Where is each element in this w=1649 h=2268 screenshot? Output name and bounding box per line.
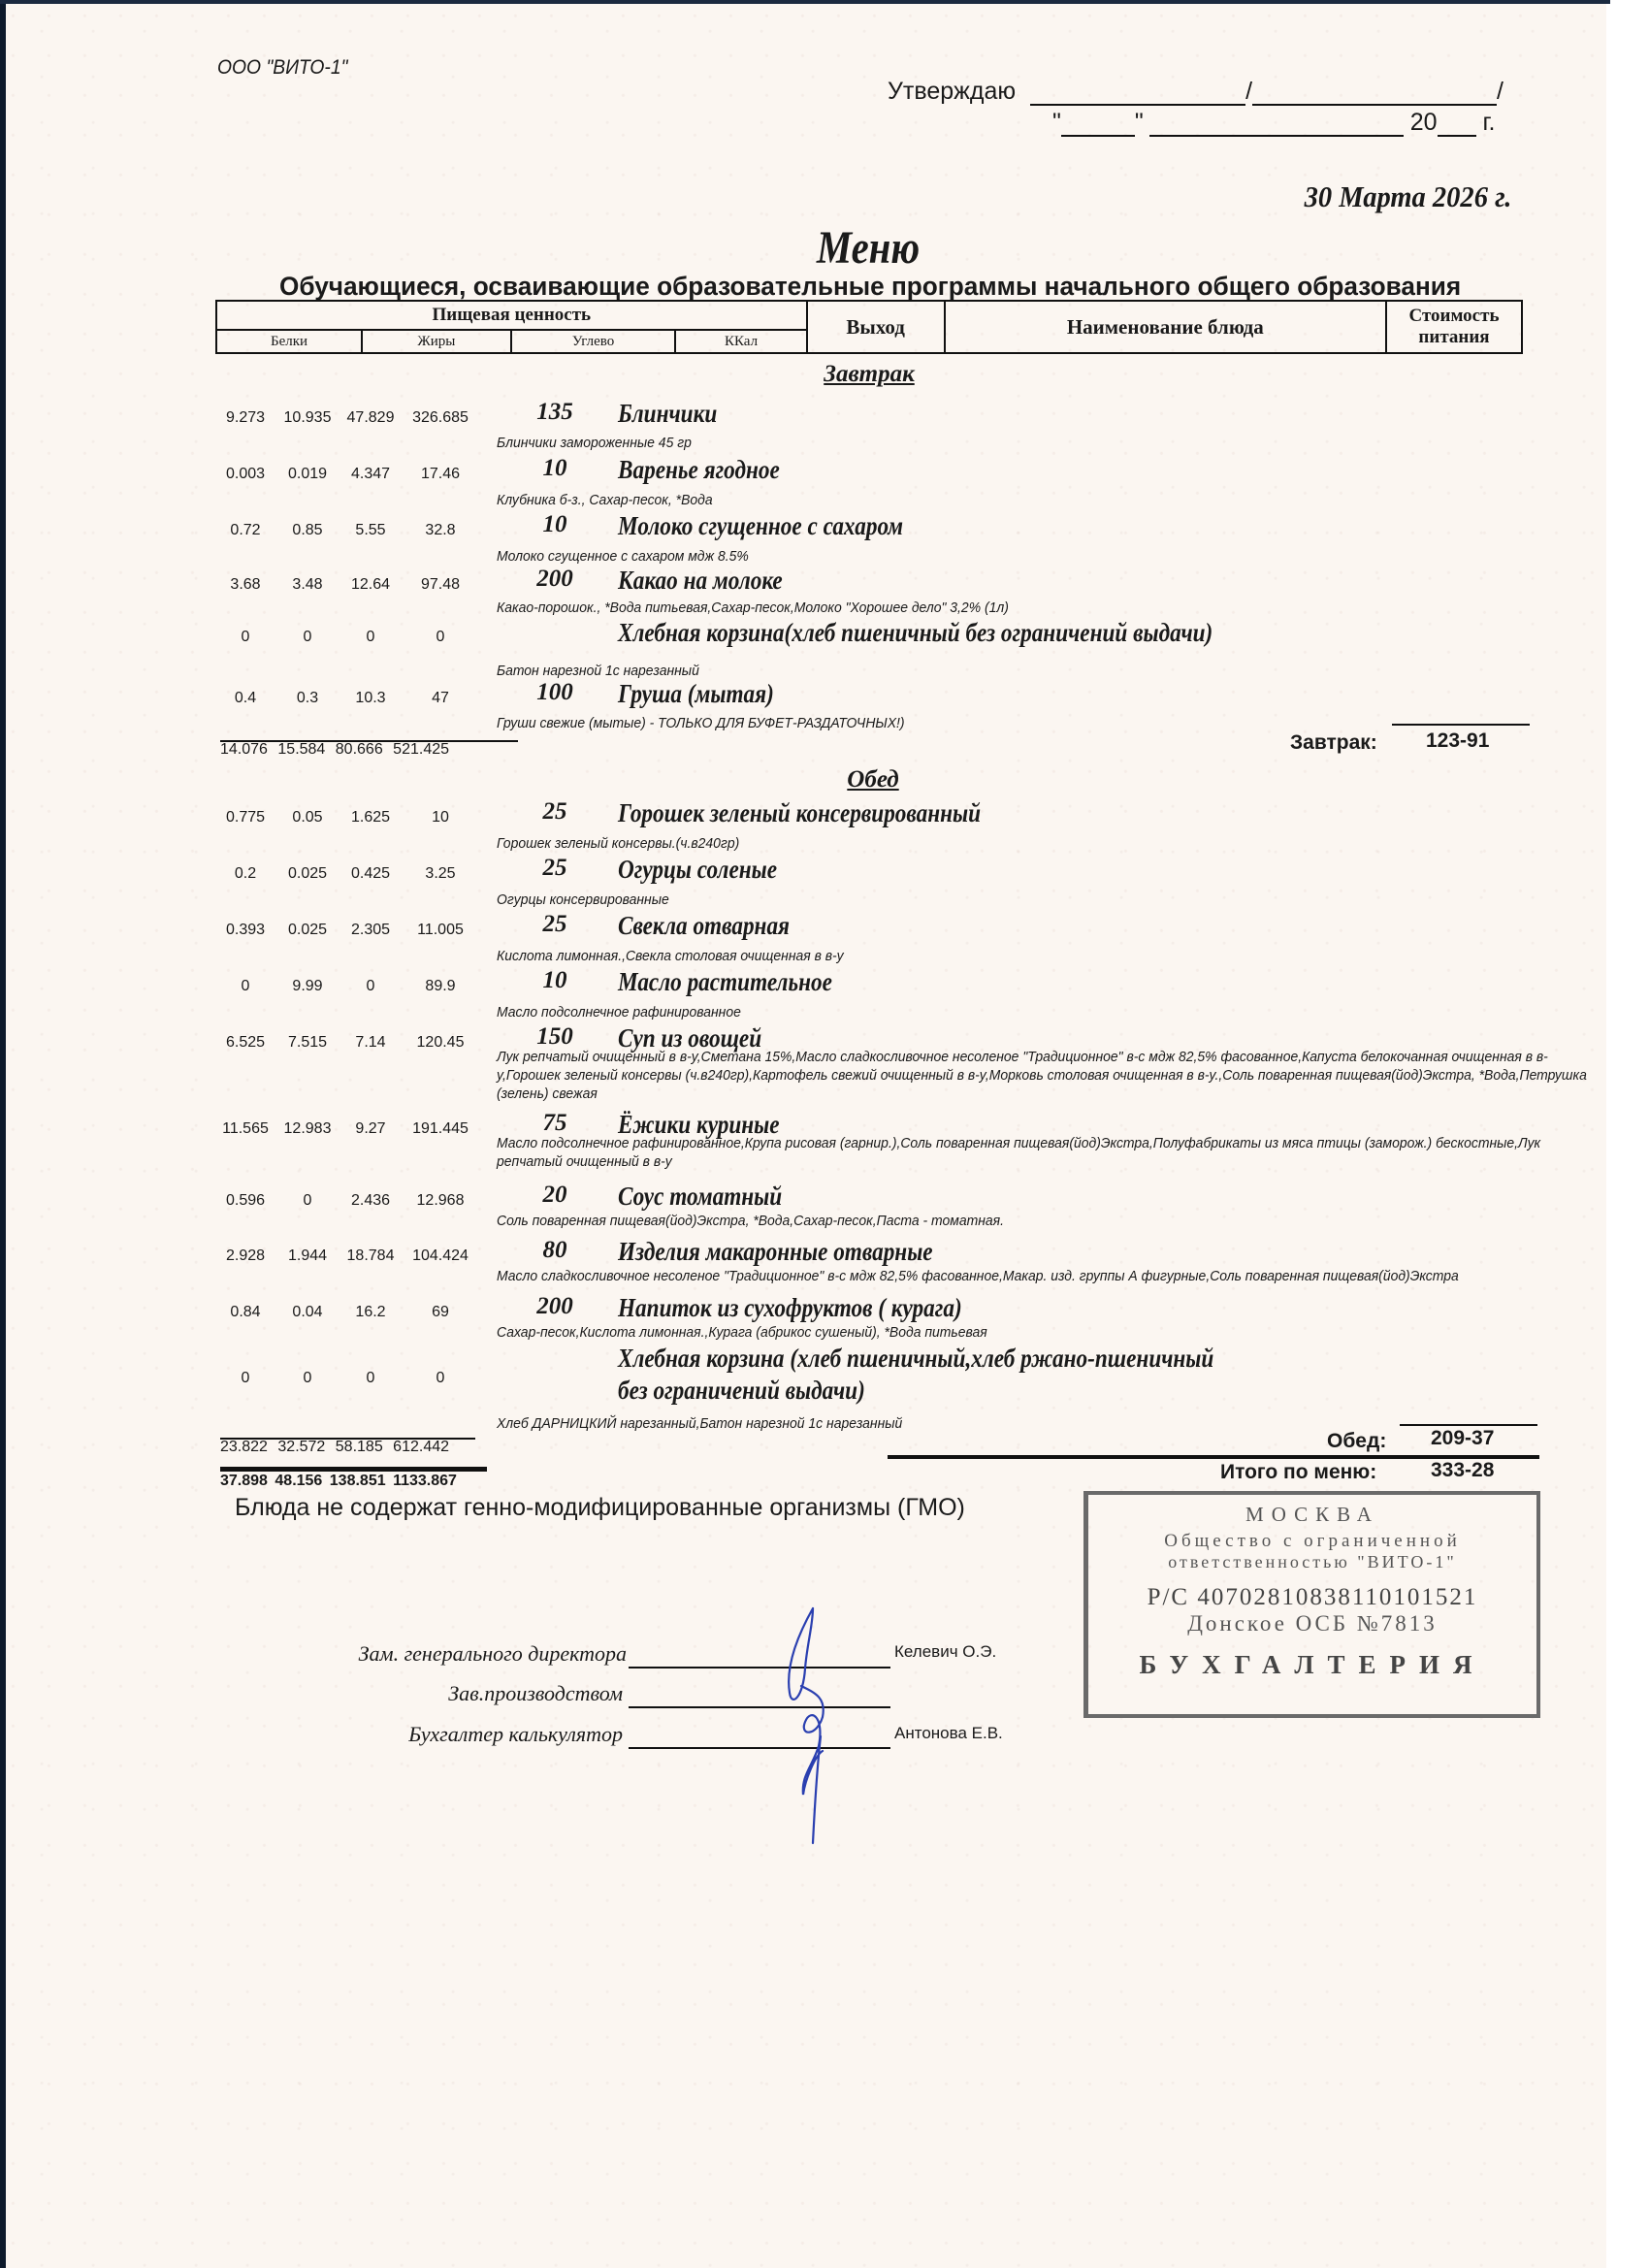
- protein-value: 3.68: [215, 576, 275, 594]
- carbs-value: 10.3: [339, 690, 402, 707]
- output-grams: 25: [497, 855, 613, 882]
- menu-row: 11.56512.9839.27191.44575Ёжики куриныеМа…: [215, 1107, 1573, 1146]
- header-output: Выход: [807, 301, 945, 353]
- carbs-value: 12.64: [339, 576, 402, 594]
- menu-row: 0.59602.43612.96820Соус томатныйСоль пов…: [215, 1179, 1573, 1217]
- dish-name: Напиток из сухофруктов ( курага): [618, 1292, 962, 1324]
- protein-value: 0: [215, 629, 275, 646]
- output-grams: 25: [497, 798, 613, 826]
- fat-value: 9.99: [275, 978, 339, 995]
- dish-name: Горошек зеленый консервированный: [618, 797, 981, 829]
- approval-block: Утверждаю //: [888, 78, 1503, 106]
- kcal-value: 69: [402, 1304, 479, 1321]
- breakfast-nutrient-totals: 14.076 15.584 80.666 521.425: [220, 741, 449, 759]
- protein-value: 11.565: [215, 1120, 275, 1138]
- kcal-value: 10: [402, 809, 479, 826]
- header-protein: Белки: [216, 330, 362, 353]
- fat-value: 0: [275, 629, 339, 646]
- fat-value: 1.944: [275, 1247, 339, 1265]
- protein-value: 0.003: [215, 466, 275, 483]
- kcal-value: 89.9: [402, 978, 479, 995]
- menu-row: 0000Хлебная корзина(хлеб пшеничный без о…: [215, 615, 1573, 654]
- kcal-value: 12.968: [402, 1192, 479, 1210]
- output-grams: 10: [497, 967, 613, 994]
- approve-label: Утверждаю: [888, 78, 1016, 105]
- handwritten-signature-icon: [757, 1601, 873, 1853]
- kcal-value: 191.445: [402, 1120, 479, 1138]
- protein-value: 9.273: [215, 409, 275, 427]
- menu-row: 0.720.855.5532.810Молоко сгущенное с сах…: [215, 508, 1573, 547]
- breakfast-cost-value: 123-91: [1426, 729, 1489, 753]
- menu-table-header: Пищевая ценность Выход Наименование блюд…: [215, 300, 1523, 354]
- output-grams: 20: [497, 1182, 613, 1209]
- output-grams: 100: [497, 679, 613, 706]
- fat-value: 0.04: [275, 1304, 339, 1321]
- dish-name: Изделия макаронные отварные: [618, 1236, 933, 1268]
- dish-name: Хлебная корзина(хлеб пшеничный без огран…: [618, 617, 1212, 649]
- lunch-nutrient-totals: 23.822 32.572 58.185 612.442: [220, 1439, 449, 1456]
- carbs-value: 4.347: [339, 466, 402, 483]
- dish-ingredients: Блинчики замороженные 45 гр: [497, 434, 1598, 452]
- signature-title-deputy-director: Зам. генерального директора: [219, 1641, 627, 1667]
- page-title: Меню: [130, 221, 1606, 275]
- dish-ingredients: Огурцы консервированные: [497, 891, 1598, 909]
- dish-ingredients: Лук репчатый очищенный в в-у,Сметана 15%…: [497, 1048, 1598, 1103]
- protein-value: 0: [215, 1370, 275, 1387]
- lunch-cost-rule: [1400, 1424, 1537, 1426]
- dish-name: Груша (мытая): [618, 678, 774, 710]
- dish-ingredients: Клубника б-з., Сахар-песок, *Вода: [497, 491, 1598, 509]
- protein-value: 0.4: [215, 690, 275, 707]
- carbs-value: 0: [339, 1370, 402, 1387]
- stamp-city: МОСКВА: [1088, 1503, 1536, 1527]
- carbs-value: 2.305: [339, 922, 402, 939]
- kcal-value: 326.685: [402, 409, 479, 427]
- carbs-value: 16.2: [339, 1304, 402, 1321]
- lunch-cost-value: 209-37: [1431, 1427, 1494, 1450]
- gmo-note: Блюда не содержат генно-модифицированные…: [235, 1494, 965, 1522]
- menu-row: 9.27310.93547.829326.685135БлинчикиБлинч…: [215, 396, 1573, 435]
- year-blank: [1438, 115, 1476, 137]
- kcal-value: 104.424: [402, 1247, 479, 1265]
- fat-value: 0.025: [275, 922, 339, 939]
- fat-value: 0.019: [275, 466, 339, 483]
- fat-value: 0.025: [275, 865, 339, 883]
- dish-ingredients: Масло подсолнечное рафинированное: [497, 1003, 1598, 1021]
- output-grams: 200: [497, 1293, 613, 1320]
- document-date: 30 Марта 2026 г.: [1304, 179, 1511, 214]
- grand-nutrient-totals: 37.898 48.156 138.851 1133.867: [220, 1473, 457, 1490]
- kcal-value: 97.48: [402, 576, 479, 594]
- section-lunch-title: Обед: [776, 766, 970, 794]
- dish-ingredients: Сахар-песок,Кислота лимонная.,Курага (аб…: [497, 1323, 1598, 1342]
- carbs-value: 47.829: [339, 409, 402, 427]
- fat-value: 0: [275, 1370, 339, 1387]
- breakfast-cost-rule: [1392, 724, 1530, 726]
- menu-row: 0.0030.0194.34717.4610Варенье ягодноеКлу…: [215, 452, 1573, 491]
- menu-row: 0.3930.0252.30511.00525Свекла отварнаяКи…: [215, 908, 1573, 947]
- kcal-value: 17.46: [402, 466, 479, 483]
- menu-row: 0.40.310.347100Груша (мытая)Груши свежие…: [215, 676, 1573, 715]
- output-grams: 135: [497, 399, 613, 426]
- header-nutrition: Пищевая ценность: [216, 301, 807, 330]
- signature-title-accountant: Бухгалтер калькулятор: [215, 1722, 623, 1747]
- kcal-value: 120.45: [402, 1034, 479, 1052]
- dish-ingredients: Масло сладкосливочное несоленое "Традици…: [497, 1267, 1598, 1285]
- protein-value: 0.775: [215, 809, 275, 826]
- menu-row: 0.7750.051.6251025Горошек зеленый консер…: [215, 795, 1573, 834]
- day-blank: [1061, 115, 1135, 137]
- menu-row: 6.5257.5157.14120.45150Суп из овощейЛук …: [215, 1021, 1573, 1059]
- output-grams: 10: [497, 455, 613, 482]
- output-grams: 150: [497, 1023, 613, 1051]
- kcal-value: 32.8: [402, 522, 479, 539]
- stamp-bank: Донское ОСБ №7813: [1088, 1611, 1536, 1636]
- month-blank: [1149, 115, 1404, 137]
- page-subtitle: Обучающиеся, осваивающие образовательные…: [279, 272, 1461, 302]
- output-grams: 200: [497, 566, 613, 593]
- lunch-cost-label: Обед:: [1327, 1430, 1386, 1453]
- header-carbs: Углево: [511, 330, 676, 353]
- carbs-value: 18.784: [339, 1247, 402, 1265]
- signature-name-accountant: Антонова Е.В.: [894, 1724, 1003, 1743]
- dish-name: Блинчики: [618, 398, 717, 430]
- protein-value: 0.393: [215, 922, 275, 939]
- dish-ingredients: Горошек зеленый консервы.(ч.в240гр): [497, 834, 1598, 853]
- dish-name: Молоко сгущенное с сахаром: [618, 510, 903, 542]
- signature-name-deputy-director: Келевич О.Э.: [894, 1642, 996, 1662]
- carbs-value: 2.436: [339, 1192, 402, 1210]
- kcal-value: 47: [402, 690, 479, 707]
- carbs-value: 9.27: [339, 1120, 402, 1138]
- dish-ingredients: Соль поваренная пищевая(йод)Экстра, *Вод…: [497, 1212, 1598, 1230]
- carbs-value: 0.425: [339, 865, 402, 883]
- dish-name: Свекла отварная: [618, 910, 790, 942]
- approve-name-line: [1252, 84, 1497, 106]
- carbs-value: 0: [339, 629, 402, 646]
- dish-name: Масло растительное: [618, 966, 832, 998]
- output-grams: 75: [497, 1110, 613, 1137]
- menu-row: 09.99089.910Масло растительноеМасло подс…: [215, 964, 1573, 1003]
- grand-total-rule: [220, 1467, 487, 1472]
- carbs-value: 7.14: [339, 1034, 402, 1052]
- dish-name: Варенье ягодное: [618, 454, 780, 486]
- organization-name: ООО "ВИТО-1": [217, 56, 347, 80]
- menu-row: 0000Хлебная корзина (хлеб пшеничный,хлеб…: [215, 1341, 1573, 1379]
- approve-signature-line: [1030, 84, 1245, 106]
- kcal-value: 0: [402, 1370, 479, 1387]
- fat-value: 3.48: [275, 576, 339, 594]
- carbs-value: 0: [339, 978, 402, 995]
- fat-value: 12.983: [275, 1120, 339, 1138]
- signature-title-production-head: Зав.производством: [215, 1681, 623, 1706]
- fat-value: 0.85: [275, 522, 339, 539]
- header-kcal: ККал: [675, 330, 806, 353]
- company-stamp: МОСКВА Общество с ограниченной ответстве…: [1083, 1491, 1540, 1718]
- dish-ingredients: Масло подсолнечное рафинированное,Крупа …: [497, 1134, 1598, 1171]
- stamp-org-line1: Общество с ограниченной: [1088, 1531, 1536, 1552]
- fat-value: 0: [275, 1192, 339, 1210]
- stamp-org-line2: ответственностью "ВИТО-1": [1088, 1552, 1536, 1572]
- approval-date-line: "" 20 г.: [1052, 109, 1495, 137]
- kcal-value: 3.25: [402, 865, 479, 883]
- stamp-department: БУХГАЛТЕРИЯ: [1088, 1650, 1536, 1680]
- dish-name: Огурцы соленые: [618, 854, 777, 886]
- menu-row: 2.9281.94418.784104.42480Изделия макарон…: [215, 1234, 1573, 1273]
- output-grams: 80: [497, 1237, 613, 1264]
- fat-value: 7.515: [275, 1034, 339, 1052]
- kcal-value: 0: [402, 629, 479, 646]
- menu-row: 3.683.4812.6497.48200Какао на молокеКака…: [215, 563, 1573, 601]
- header-dish-name: Наименование блюда: [945, 301, 1386, 353]
- protein-value: 0.72: [215, 522, 275, 539]
- kcal-value: 11.005: [402, 922, 479, 939]
- dish-ingredients: Кислота лимонная.,Свекла столовая очищен…: [497, 947, 1598, 965]
- dish-name: Какао на молоке: [618, 565, 783, 597]
- menu-row: 0.20.0250.4253.2525Огурцы соленыеОгурцы …: [215, 852, 1573, 891]
- section-breakfast-title: Завтрак: [772, 361, 966, 388]
- protein-value: 2.928: [215, 1247, 275, 1265]
- output-grams: 10: [497, 511, 613, 538]
- year-prefix: 20: [1410, 109, 1438, 136]
- carbs-value: 5.55: [339, 522, 402, 539]
- protein-value: 0.2: [215, 865, 275, 883]
- output-grams: 25: [497, 911, 613, 938]
- header-fat: Жиры: [362, 330, 511, 353]
- fat-value: 0.05: [275, 809, 339, 826]
- menu-row: 0.840.0416.269200Напиток из сухофруктов …: [215, 1290, 1573, 1329]
- grand-total-label: Итого по меню:: [1220, 1461, 1376, 1484]
- fat-value: 0.3: [275, 690, 339, 707]
- protein-value: 6.525: [215, 1034, 275, 1052]
- protein-value: 0: [215, 978, 275, 995]
- stamp-account: Р/С 40702810838110101521: [1088, 1584, 1536, 1611]
- protein-value: 0.84: [215, 1304, 275, 1321]
- grand-total-value: 333-28: [1431, 1459, 1494, 1482]
- dish-name: Соус томатный: [618, 1181, 782, 1213]
- protein-value: 0.596: [215, 1192, 275, 1210]
- header-cost: Стоимость питания: [1386, 301, 1522, 353]
- dish-name: Хлебная корзина (хлеб пшеничный,хлеб ржа…: [618, 1343, 1213, 1407]
- fat-value: 10.935: [275, 409, 339, 427]
- breakfast-cost-label: Завтрак:: [1290, 731, 1377, 755]
- carbs-value: 1.625: [339, 809, 402, 826]
- year-suffix: г.: [1482, 109, 1495, 136]
